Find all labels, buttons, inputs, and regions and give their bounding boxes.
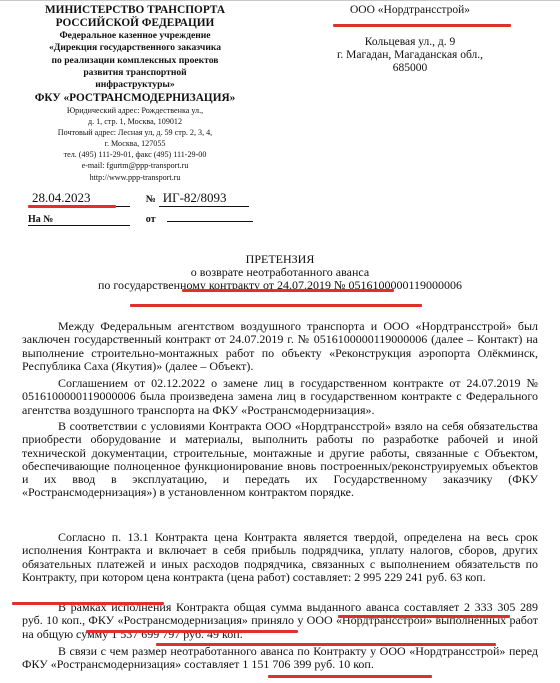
reply-to-label: На № xyxy=(28,214,130,226)
ministry-line-1: МИНИСТЕРСТВО ТРАНСПОРТА xyxy=(10,4,260,17)
ministry-name: МИНИСТЕРСТВО ТРАНСПОРТА РОССИЙСКОЙ ФЕДЕР… xyxy=(10,4,260,29)
ministry-line-2: РОССИЙСКОЙ ФЕДЕРАЦИИ xyxy=(10,17,260,30)
reply-row: На № от xyxy=(28,209,253,226)
paragraph-text: В связи с чем размер неотработанного ава… xyxy=(22,644,538,671)
paragraph-advance: В рамках исполнения Контракта общая сумм… xyxy=(22,601,538,641)
from-date-field xyxy=(167,209,253,222)
annotation-underline-date xyxy=(28,205,116,208)
annotation-underline-contract xyxy=(130,304,422,307)
paragraph-text: Соглашением от 02.12.2022 о замене лиц в… xyxy=(22,376,538,417)
institution-line: «Дирекция государственного заказчика xyxy=(10,42,260,54)
from-label: от xyxy=(146,214,156,225)
annotation-underline-advance-label xyxy=(338,615,510,618)
phone-fax-line: тел. (495) 111-29-01, факс (495) 111-29-… xyxy=(10,149,260,160)
website-line: http://www.ppp-transport.ru xyxy=(10,172,260,183)
institution-line: Федеральное казенное учреждение xyxy=(10,30,260,42)
sender-address: Юридический адрес: Рождественка ул., д. … xyxy=(10,105,260,183)
paragraph-contract-conclusion: Между Федеральным агентством воздушного … xyxy=(22,320,538,373)
institution-line: инфраструктуры» xyxy=(10,79,260,91)
institution-line: развития транспортной xyxy=(10,67,260,79)
address-line: Кольцевая ул., д. 9 xyxy=(300,36,520,49)
annotation-underline-recipient xyxy=(333,24,511,27)
paragraph-text: Согласно п. 13.1 Контракта цена Контракт… xyxy=(22,530,538,584)
institution-name: Федеральное казенное учреждение «Дирекци… xyxy=(10,30,260,91)
address-line: Почтовый адрес: Лесная ул, д. 59 стр. 2,… xyxy=(10,127,260,138)
paragraph-obligations: В соответствии с условиями Контракта ООО… xyxy=(22,420,538,500)
address-line: г. Магадан, Магаданская обл., xyxy=(300,49,520,62)
letter-number: ИГ-82/8093 xyxy=(159,190,249,207)
annotation-underline-advance-amount xyxy=(86,630,298,633)
annotation-underline-work-accepted xyxy=(156,643,496,646)
paragraph-text: В соответствии с условиями Контракта ООО… xyxy=(22,419,538,499)
annotation-underline-subheading xyxy=(182,289,394,292)
document-title: ПРЕТЕНЗИЯ о возврате неотработанного ава… xyxy=(30,253,530,293)
address-line: г. Москва, 127055 xyxy=(10,138,260,149)
page-top-border xyxy=(0,0,560,1)
address-line: Юридический адрес: Рождественка ул., xyxy=(10,105,260,116)
paragraph-party-replacement: Соглашением от 02.12.2022 о замене лиц в… xyxy=(22,377,538,417)
recipient-address: Кольцевая ул., д. 9 г. Магадан, Магаданс… xyxy=(300,36,520,75)
email-line: e-mail: fgurtm@ppp-transport.ru xyxy=(10,160,260,171)
address-line: 685000 xyxy=(300,62,520,75)
annotation-underline-unworked-advance xyxy=(268,675,432,678)
annotation-underline-contract-price xyxy=(12,602,164,605)
address-line: д. 1, стр. 1, Москва, 109012 xyxy=(10,116,260,127)
institution-short-name: ФКУ «РОСТРАНСМОДЕРНИЗАЦИЯ» xyxy=(10,92,260,105)
paragraph-unworked-advance: В связи с чем размер неотработанного ава… xyxy=(22,645,538,672)
paragraph-contract-price: Согласно п. 13.1 Контракта цена Контракт… xyxy=(22,531,538,584)
paragraph-text: В рамках исполнения Контракта общая сумм… xyxy=(22,600,538,641)
institution-line: по реализации комплексных проектов xyxy=(10,55,260,67)
recipient-name: ООО «Нордтрансстрой» xyxy=(320,4,500,16)
number-label: № xyxy=(146,194,156,205)
paragraph-text: Между Федеральным агентством воздушного … xyxy=(22,319,538,373)
